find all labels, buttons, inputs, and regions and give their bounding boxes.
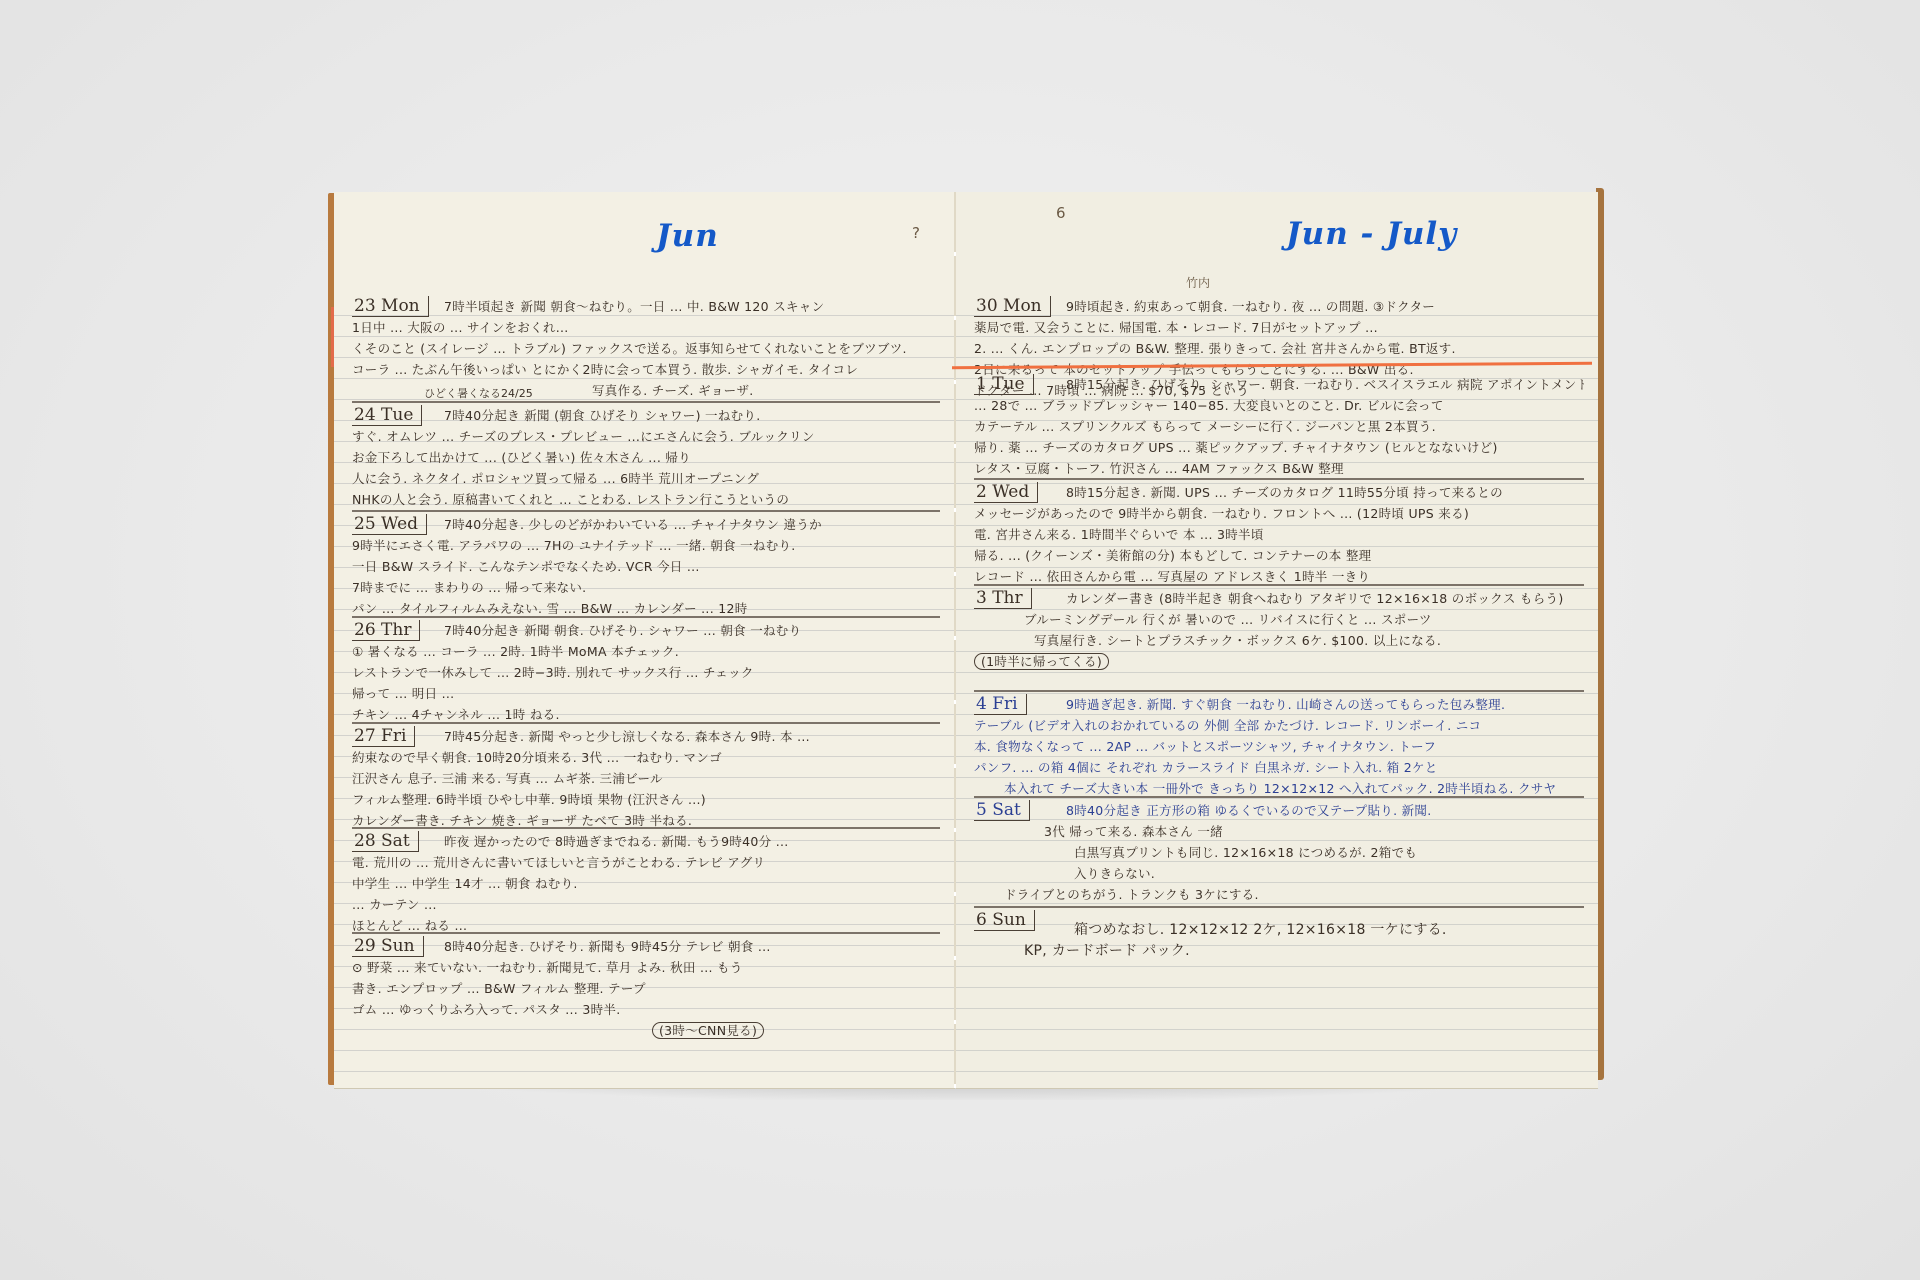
right-page: Jun - July 6 竹内 30 Mon 9時頃起き. 約束あって朝食. 一… [956, 192, 1598, 1088]
entry-line: 9時過ぎ起き. 新聞. すぐ朝食 一ねむり. 山崎さんの送ってもらった包み整理. [974, 694, 1584, 715]
entry-line: テーブル (ビデオ入れのおかれているの 外側 全部 かたづけ. レコード. リン… [974, 715, 1584, 736]
date-label: 4 Fri [974, 694, 1027, 715]
entry-line: 人に会う. ネクタイ. ポロシャツ買って帰る ... 6時半 荒川オープニング [352, 468, 940, 489]
entry-line: メッセージがあったので 9時半から朝食. 一ねむり. フロントへ ... (12… [974, 503, 1584, 524]
entry-line: カレンダー書き (8時半起き 朝食へねむり アタギリで 12×16×18 のボッ… [974, 588, 1584, 609]
entry-line: 薬局で電. 又会うことに. 帰国電. 本・レコード. 7日がセットアップ ... [974, 317, 1584, 338]
entry-line: レストランで一休みして ... 2時−3時. 別れて サックス行 ... チェッ… [352, 662, 940, 683]
diary-entry: ひどく暑くなる24/25 24 Tue 7時40分起き 新聞 (朝食 ひげそり … [352, 401, 940, 510]
entry-line: 7時半頃起き 新聞 朝食〜ねむり。一日 ... 中. B&W 120 スキャン [352, 296, 940, 317]
diary-entry: 6 Sun 箱つめなおし. 12×12×12 2ケ, 12×16×18 一ケにす… [974, 906, 1584, 962]
entry-line: 白黒写真プリントも同じ. 12×16×18 につめるが. 2箱でも [974, 842, 1584, 863]
entry-line: 1日中 ... 大阪の ... サインをおくれ... [352, 317, 940, 338]
entry-line: ⊙ 野菜 ... 来ていない. 一ねむり. 新聞見て. 草月 よみ. 秋田 ..… [352, 957, 940, 978]
entry-line: 7時40分起き 新聞 朝食. ひげそり. シャワー ... 朝食 一ねむり [352, 620, 940, 641]
date-label: 3 Thr [974, 588, 1032, 609]
entry-line: 中学生 ... 中学生 14才 ... 朝食 ねむり. [352, 873, 940, 894]
entry-line: ドライブとのちがう. トランクも 3ケにする. [974, 884, 1584, 905]
entry-annotation: ひどく暑くなる24/25 [424, 385, 533, 401]
date-label: 5 Sat [974, 800, 1030, 821]
entry-line: ... カーテン ... [352, 894, 940, 915]
entry-line: 7時45分起き. 新聞 やっと少し涼しくなる. 森本さん 9時. 本 ... [352, 726, 940, 747]
diary-entry: 2 Wed 8時15分起き. 新聞. UPS ... チーズのカタログ 11時5… [974, 478, 1584, 587]
entry-line: 入りきらない. [974, 863, 1584, 884]
entry-line: ① 暑くなる ... コーラ ... 2時. 1時半 MoMA 本チェック. [352, 641, 940, 662]
date-label: 24 Tue [352, 405, 422, 426]
entry-line: 本. 食物なくなって ... 2AP ... バットとスポーツシャツ, チャイナ… [974, 736, 1584, 757]
entry-line: 昨夜 遅かったので 8時過ぎまでねる. 新聞. もう9時40分 ... [352, 831, 940, 852]
entry-line: 江沢さん 息子. 三浦 来る. 写真 ... ムギ茶. 三浦ビール [352, 768, 940, 789]
corner-doodle: ? [912, 224, 920, 242]
entry-line: お金下ろして出かけて ... (ひどく暑い) 佐々木さん ... 帰り [352, 447, 940, 468]
entry-line: 7時40分起き 新聞 (朝食 ひげそり シャワー) 一ねむり. [352, 405, 940, 426]
entry-line: ... 28で ... ブラッドプレッシャー 140−85. 大変良いとのこと.… [974, 395, 1584, 416]
date-label: 27 Fri [352, 726, 415, 747]
entry-line: (1時半に帰ってくる) [974, 651, 1584, 672]
entry-line: ブルーミングデール 行くが 暑いので ... リバイスに行くと ... スポーツ [974, 609, 1584, 630]
entry-line: すぐ. オムレツ ... チーズのプレス・プレビュー ...にエさんに会う. ブ… [352, 426, 940, 447]
date-label: 2 Wed [974, 482, 1038, 503]
entry-line: 帰り. 薬 ... チーズのカタログ UPS ... 薬ピックアップ. チャイナ… [974, 437, 1584, 458]
corner-doodle: 6 [1056, 204, 1066, 222]
entry-line: 写真屋行き. シートとプラスチック・ボックス 6ケ. $100. 以上になる. [974, 630, 1584, 651]
entry-line: 帰って ... 明日 ... [352, 683, 940, 704]
date-label: 29 Sun [352, 936, 424, 957]
entry-line: 3代 帰って来る. 森本さん 一緒 [974, 821, 1584, 842]
diary-entry: 26 Thr 7時40分起き 新聞 朝食. ひげそり. シャワー ... 朝食 … [352, 616, 940, 725]
diary-entry: 5 Sat 8時40分起き 正方形の箱 ゆるくでいるので又テープ貼り. 新聞. … [974, 796, 1584, 905]
entry-line: コーラ ... たぶん午後いっぱい とにかく2時に会って本買う. 散歩. シャガ… [352, 359, 940, 380]
date-label: 23 Mon [352, 296, 429, 317]
date-label: 30 Mon [974, 296, 1051, 317]
diary-entry: 25 Wed 7時40分起き. 少しのどがかわいている ... チャイナタウン … [352, 510, 940, 619]
entry-line: 7時までに ... まわりの ... 帰って来ない. [352, 577, 940, 598]
entry-line: (3時〜CNN見る) [352, 1020, 940, 1041]
diary-entry: 29 Sun 8時40分起き. ひげそり. 新聞も 9時45分 テレビ 朝食 .… [352, 932, 940, 1041]
entry-line: 7時40分起き. 少しのどがかわいている ... チャイナタウン 違うか [352, 514, 940, 535]
entry-line: パンフ. ... の箱 4個に それぞれ カラースライド 白黒ネガ. シート入れ… [974, 757, 1584, 778]
date-label: 26 Thr [352, 620, 420, 641]
date-label: 25 Wed [352, 514, 427, 535]
date-label: 1 Tue [974, 374, 1034, 395]
margin-mark [331, 307, 334, 367]
entry-line: 一日 B&W スライド. こんなテンポでなくため. VCR 今日 ... [352, 556, 940, 577]
entry-line: 帰る. ... (クイーンズ・美術館の分) 本もどして. コンテナーの本 整理 [974, 545, 1584, 566]
left-page: Jun ? 23 Mon 7時半頃起き 新聞 朝食〜ねむり。一日 ... 中. … [334, 192, 955, 1088]
diary-entry: 1 Tue 8時15分起き. ひげそり. シャワー. 朝食. 一ねむり. ベスイ… [974, 370, 1584, 479]
entry-line: 8時15分起き. ひげそり. シャワー. 朝食. 一ねむり. ベスイスラエル 病… [974, 374, 1584, 395]
entry-line: 2. ... くん. エンプロップの B&W. 整理. 張りきって. 会社 宮井… [974, 338, 1584, 359]
entry-line: 箱つめなおし. 12×12×12 2ケ, 12×16×18 一ケにする. [974, 920, 1584, 941]
date-label: 6 Sun [974, 910, 1035, 931]
entry-line: KP, カードボード パック. [974, 941, 1584, 962]
entry-line: カテーテル ... スプリンクルズ もらって メーシーに行く. ジーパンと黒 2… [974, 416, 1584, 437]
entry-line: 8時40分起き. ひげそり. 新聞も 9時45分 テレビ 朝食 ... [352, 936, 940, 957]
entry-line: 書き. エンプロップ ... B&W フィルム 整理. テープ [352, 978, 940, 999]
entry-line: 8時40分起き 正方形の箱 ゆるくでいるので又テープ貼り. 新聞. [974, 800, 1584, 821]
entry-line: 電. 荒川の ... 荒川さんに書いてほしいと言うがことわる. テレビ アグリ [352, 852, 940, 873]
diary-entry: 3 Thr カレンダー書き (8時半起き 朝食へねむり アタギリで 12×16×… [974, 584, 1584, 672]
date-label: 28 Sat [352, 831, 419, 852]
entry-line: 電. 宮井さん来る. 1時間半ぐらいで 本 ... 3時半頃 [974, 524, 1584, 545]
entry-line: 9時頃起き. 約束あって朝食. 一ねむり. 夜 ... の問題. ③ドクター [974, 296, 1584, 317]
diary-entry: 27 Fri 7時45分起き. 新聞 やっと少し涼しくなる. 森本さん 9時. … [352, 722, 940, 831]
entry-line: フィルム整理. 6時半頃 ひやし中華. 9時頃 果物 (江沢さん ...) [352, 789, 940, 810]
entry-line: NHKの人と会う. 原稿書いてくれと ... ことわる. レストラン行こうという… [352, 489, 940, 510]
entry-line: 8時15分起き. 新聞. UPS ... チーズのカタログ 11時55分頃 持っ… [974, 482, 1584, 503]
diary-entry: 28 Sat 昨夜 遅かったので 8時過ぎまでねる. 新聞. もう9時40分 .… [352, 827, 940, 936]
small-note: 竹内 [1186, 274, 1210, 291]
entry-line: 9時半にエさく電. アラパワの ... 7Hの ユナイテッド ... 一緒. 朝… [352, 535, 940, 556]
entry-line: 約束なので早く朝食. 10時20分頃来る. 3代 ... 一ねむり. マンゴ [352, 747, 940, 768]
entry-line: くそのこと (スイレージ ... トラブル) ファックスで送る。返事知らせてくれ… [352, 338, 940, 359]
diary-entry: 4 Fri 9時過ぎ起き. 新聞. すぐ朝食 一ねむり. 山崎さんの送ってもらっ… [974, 690, 1584, 799]
entry-line: レタス・豆腐・トーフ. 竹沢さん ... 4AM ファックス B&W 整理 [974, 458, 1584, 479]
page-heading: Jun - July [1286, 216, 1457, 252]
entry-line: ゴム ... ゆっくりふろ入って. パスタ ... 3時半. [352, 999, 940, 1020]
page-heading: Jun [656, 218, 719, 254]
